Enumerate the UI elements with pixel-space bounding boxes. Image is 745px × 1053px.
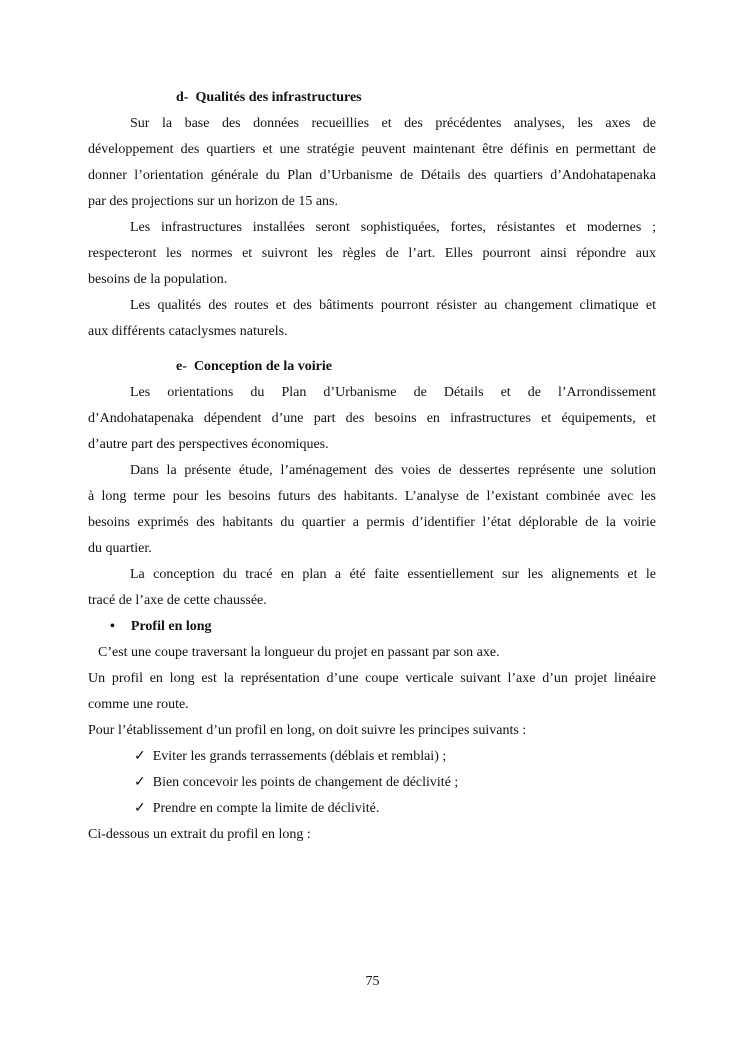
profil-heading: •Profil en long (110, 617, 212, 637)
bullet-icon: • (110, 619, 115, 634)
principle-item: ✓ Bien concevoir les points de changemen… (134, 773, 458, 793)
paragraph-line: Les infrastructures installées seront so… (88, 218, 656, 238)
principle-item: ✓ Eviter les grands terrassements (débla… (134, 747, 446, 767)
paragraph-line: Dans la présente étude, l’aménagement de… (88, 461, 656, 481)
paragraph-line: besoins de la population. (88, 270, 656, 290)
extract-caption: Ci-dessous un extrait du profil en long … (88, 825, 656, 845)
section-d-label: d- (176, 90, 188, 105)
page-number: 75 (0, 974, 745, 990)
paragraph-line: tracé de l’axe de cette chaussée. (88, 591, 656, 611)
section-d-heading: d- Qualités des infrastructures (176, 88, 362, 108)
check-icon: ✓ (134, 775, 146, 790)
paragraph-line: d’autre part des perspectives économique… (88, 435, 656, 455)
profil-definition: C’est une coupe traversant la longueur d… (98, 643, 500, 663)
paragraph-line: du quartier. (88, 539, 656, 559)
paragraph-line: à long terme pour les besoins futurs des… (88, 487, 656, 507)
paragraph-line: besoins exprimés des habitants du quarti… (88, 513, 656, 533)
profil-title: Profil en long (131, 619, 212, 634)
paragraph-line: Sur la base des données recueillies et d… (88, 114, 656, 134)
paragraph-line: Les qualités des routes et des bâtiments… (88, 296, 656, 316)
paragraph-line: par des projections sur un horizon de 15… (88, 192, 656, 212)
paragraph-line: respecteront les normes et suivront les … (88, 244, 656, 264)
principles-intro: Pour l’établissement d’un profil en long… (88, 721, 656, 741)
paragraph-line: Un profil en long est la représentation … (88, 669, 656, 689)
section-d-title: Qualités des infrastructures (195, 90, 361, 105)
paragraph-line: d’Andohatapenaka dépendent d’une part de… (88, 409, 656, 429)
paragraph-line: comme une route. (88, 695, 656, 715)
paragraph-line: La conception du tracé en plan a été fai… (88, 565, 656, 585)
paragraph-line: aux différents cataclysmes naturels. (88, 322, 656, 342)
principle-item: ✓ Prendre en compte la limite de déclivi… (134, 799, 379, 819)
check-icon: ✓ (134, 801, 146, 816)
paragraph-line: Les orientations du Plan d’Urbanisme de … (88, 383, 656, 403)
section-e-label: e- (176, 359, 187, 374)
section-e-heading: e- Conception de la voirie (176, 357, 332, 377)
check-icon: ✓ (134, 749, 146, 764)
paragraph-line: développement des quartiers et une strat… (88, 140, 656, 160)
section-e-title: Conception de la voirie (194, 359, 332, 374)
paragraph-line: donner l’orientation générale du Plan d’… (88, 166, 656, 186)
